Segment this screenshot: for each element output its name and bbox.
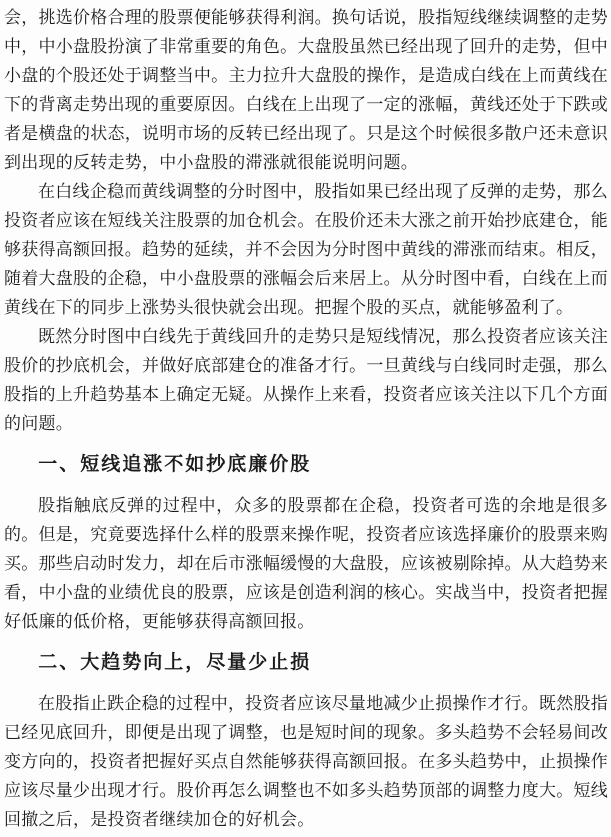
body-paragraph-continued: 会，挑选价格合理的股票便能够获得利润。换句话说，股指短线继续调整的走势中，中小盘… xyxy=(4,3,608,177)
body-paragraph: 股指触底反弹的过程中，众多的股票都在企稳，投资者可选的余地是很多的。但是，究竟要… xyxy=(4,491,608,636)
book-page: 会，挑选价格合理的股票便能够获得利润。换句话说，股指短线继续调整的走势中，中小盘… xyxy=(0,0,611,837)
body-paragraph: 既然分时图中白线先于黄线回升的走势只是短线情况，那么投资者应该关注股价的抄底机会… xyxy=(4,322,608,438)
section-heading-2: 二、大趋势向上，尽量少止损 xyxy=(4,648,608,677)
body-paragraph: 在白线企稳而黄线调整的分时图中，股指如果已经出现了反弹的走势，那么投资者应该在短… xyxy=(4,177,608,322)
body-paragraph: 在股指止跌企稳的过程中，投资者应该尽量地减少止损操作才行。既然股指已经见底回升，… xyxy=(4,689,608,834)
section-heading-1: 一、短线追涨不如抄底廉价股 xyxy=(4,450,608,479)
